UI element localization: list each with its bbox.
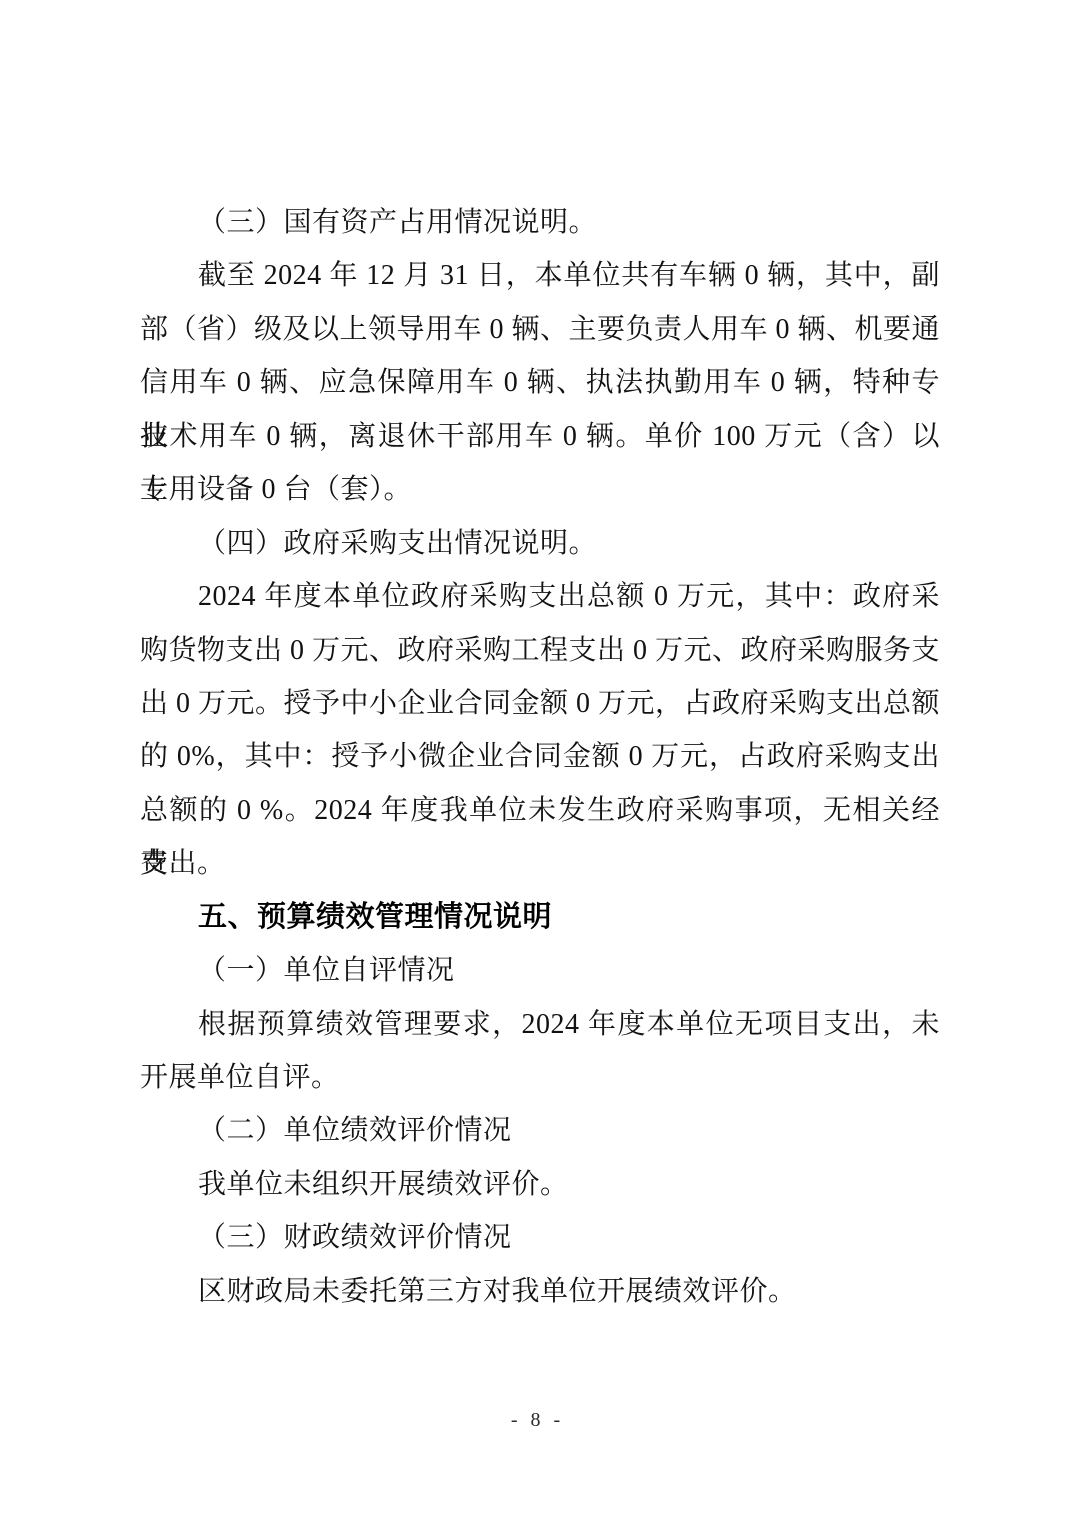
text-line: （三）财政绩效评价情况	[140, 1211, 940, 1264]
text-line: 的 0%，其中：授予小微企业合同金额 0 万元，占政府采购支出	[140, 730, 940, 783]
paragraph: 根据预算绩效管理要求，2024 年度本单位无项目支出，未开展单位自评。	[140, 998, 940, 1105]
paragraph: 区财政局未委托第三方对我单位开展绩效评价。	[140, 1265, 940, 1318]
text-line: 开展单位自评。	[140, 1051, 940, 1104]
sub-heading: （三）财政绩效评价情况	[140, 1211, 940, 1264]
text-line: 根据预算绩效管理要求，2024 年度本单位无项目支出，未	[140, 998, 940, 1051]
text-line: 支出。	[140, 837, 940, 890]
text-line: （四）政府采购支出情况说明。	[140, 517, 940, 570]
text-line: 2024 年度本单位政府采购支出总额 0 万元，其中：政府采	[140, 570, 940, 623]
document-body: （三）国有资产占用情况说明。截至 2024 年 12 月 31 日，本单位共有车…	[140, 196, 940, 1318]
text-line: 购货物支出 0 万元、政府采购工程支出 0 万元、政府采购服务支	[140, 624, 940, 677]
text-line: 部（省）级及以上领导用车 0 辆、主要负责人用车 0 辆、机要通	[140, 303, 940, 356]
page-footer: - 8 -	[0, 1396, 1075, 1444]
text-line: 五、预算绩效管理情况说明	[140, 891, 940, 944]
sub-heading: （二）单位绩效评价情况	[140, 1104, 940, 1157]
document-page: （三）国有资产占用情况说明。截至 2024 年 12 月 31 日，本单位共有车…	[0, 0, 1075, 1520]
section-heading: 五、预算绩效管理情况说明	[140, 891, 940, 944]
text-line: 截至 2024 年 12 月 31 日，本单位共有车辆 0 辆，其中，副	[140, 249, 940, 302]
text-line: 总额的 0 %。2024 年度我单位未发生政府采购事项，无相关经费	[140, 784, 940, 837]
text-line: 信用车 0 辆、应急保障用车 0 辆、执法执勤用车 0 辆，特种专业	[140, 356, 940, 409]
text-line: （三）国有资产占用情况说明。	[140, 196, 940, 249]
text-line: 技术用车 0 辆，离退休干部用车 0 辆。单价 100 万元（含）以上	[140, 410, 940, 463]
text-line: 专用设备 0 台（套）。	[140, 463, 940, 516]
text-line: 区财政局未委托第三方对我单位开展绩效评价。	[140, 1265, 940, 1318]
text-line: 出 0 万元。授予中小企业合同金额 0 万元，占政府采购支出总额	[140, 677, 940, 730]
text-line: （二）单位绩效评价情况	[140, 1104, 940, 1157]
sub-heading: （四）政府采购支出情况说明。	[140, 517, 940, 570]
text-line: （一）单位自评情况	[140, 944, 940, 997]
paragraph: 我单位未组织开展绩效评价。	[140, 1158, 940, 1211]
sub-heading: （三）国有资产占用情况说明。	[140, 196, 940, 249]
paragraph: 截至 2024 年 12 月 31 日，本单位共有车辆 0 辆，其中，副部（省）…	[140, 249, 940, 516]
page-number: - 8 -	[511, 1409, 564, 1431]
sub-heading: （一）单位自评情况	[140, 944, 940, 997]
paragraph: 2024 年度本单位政府采购支出总额 0 万元，其中：政府采购货物支出 0 万元…	[140, 570, 940, 891]
text-line: 我单位未组织开展绩效评价。	[140, 1158, 940, 1211]
